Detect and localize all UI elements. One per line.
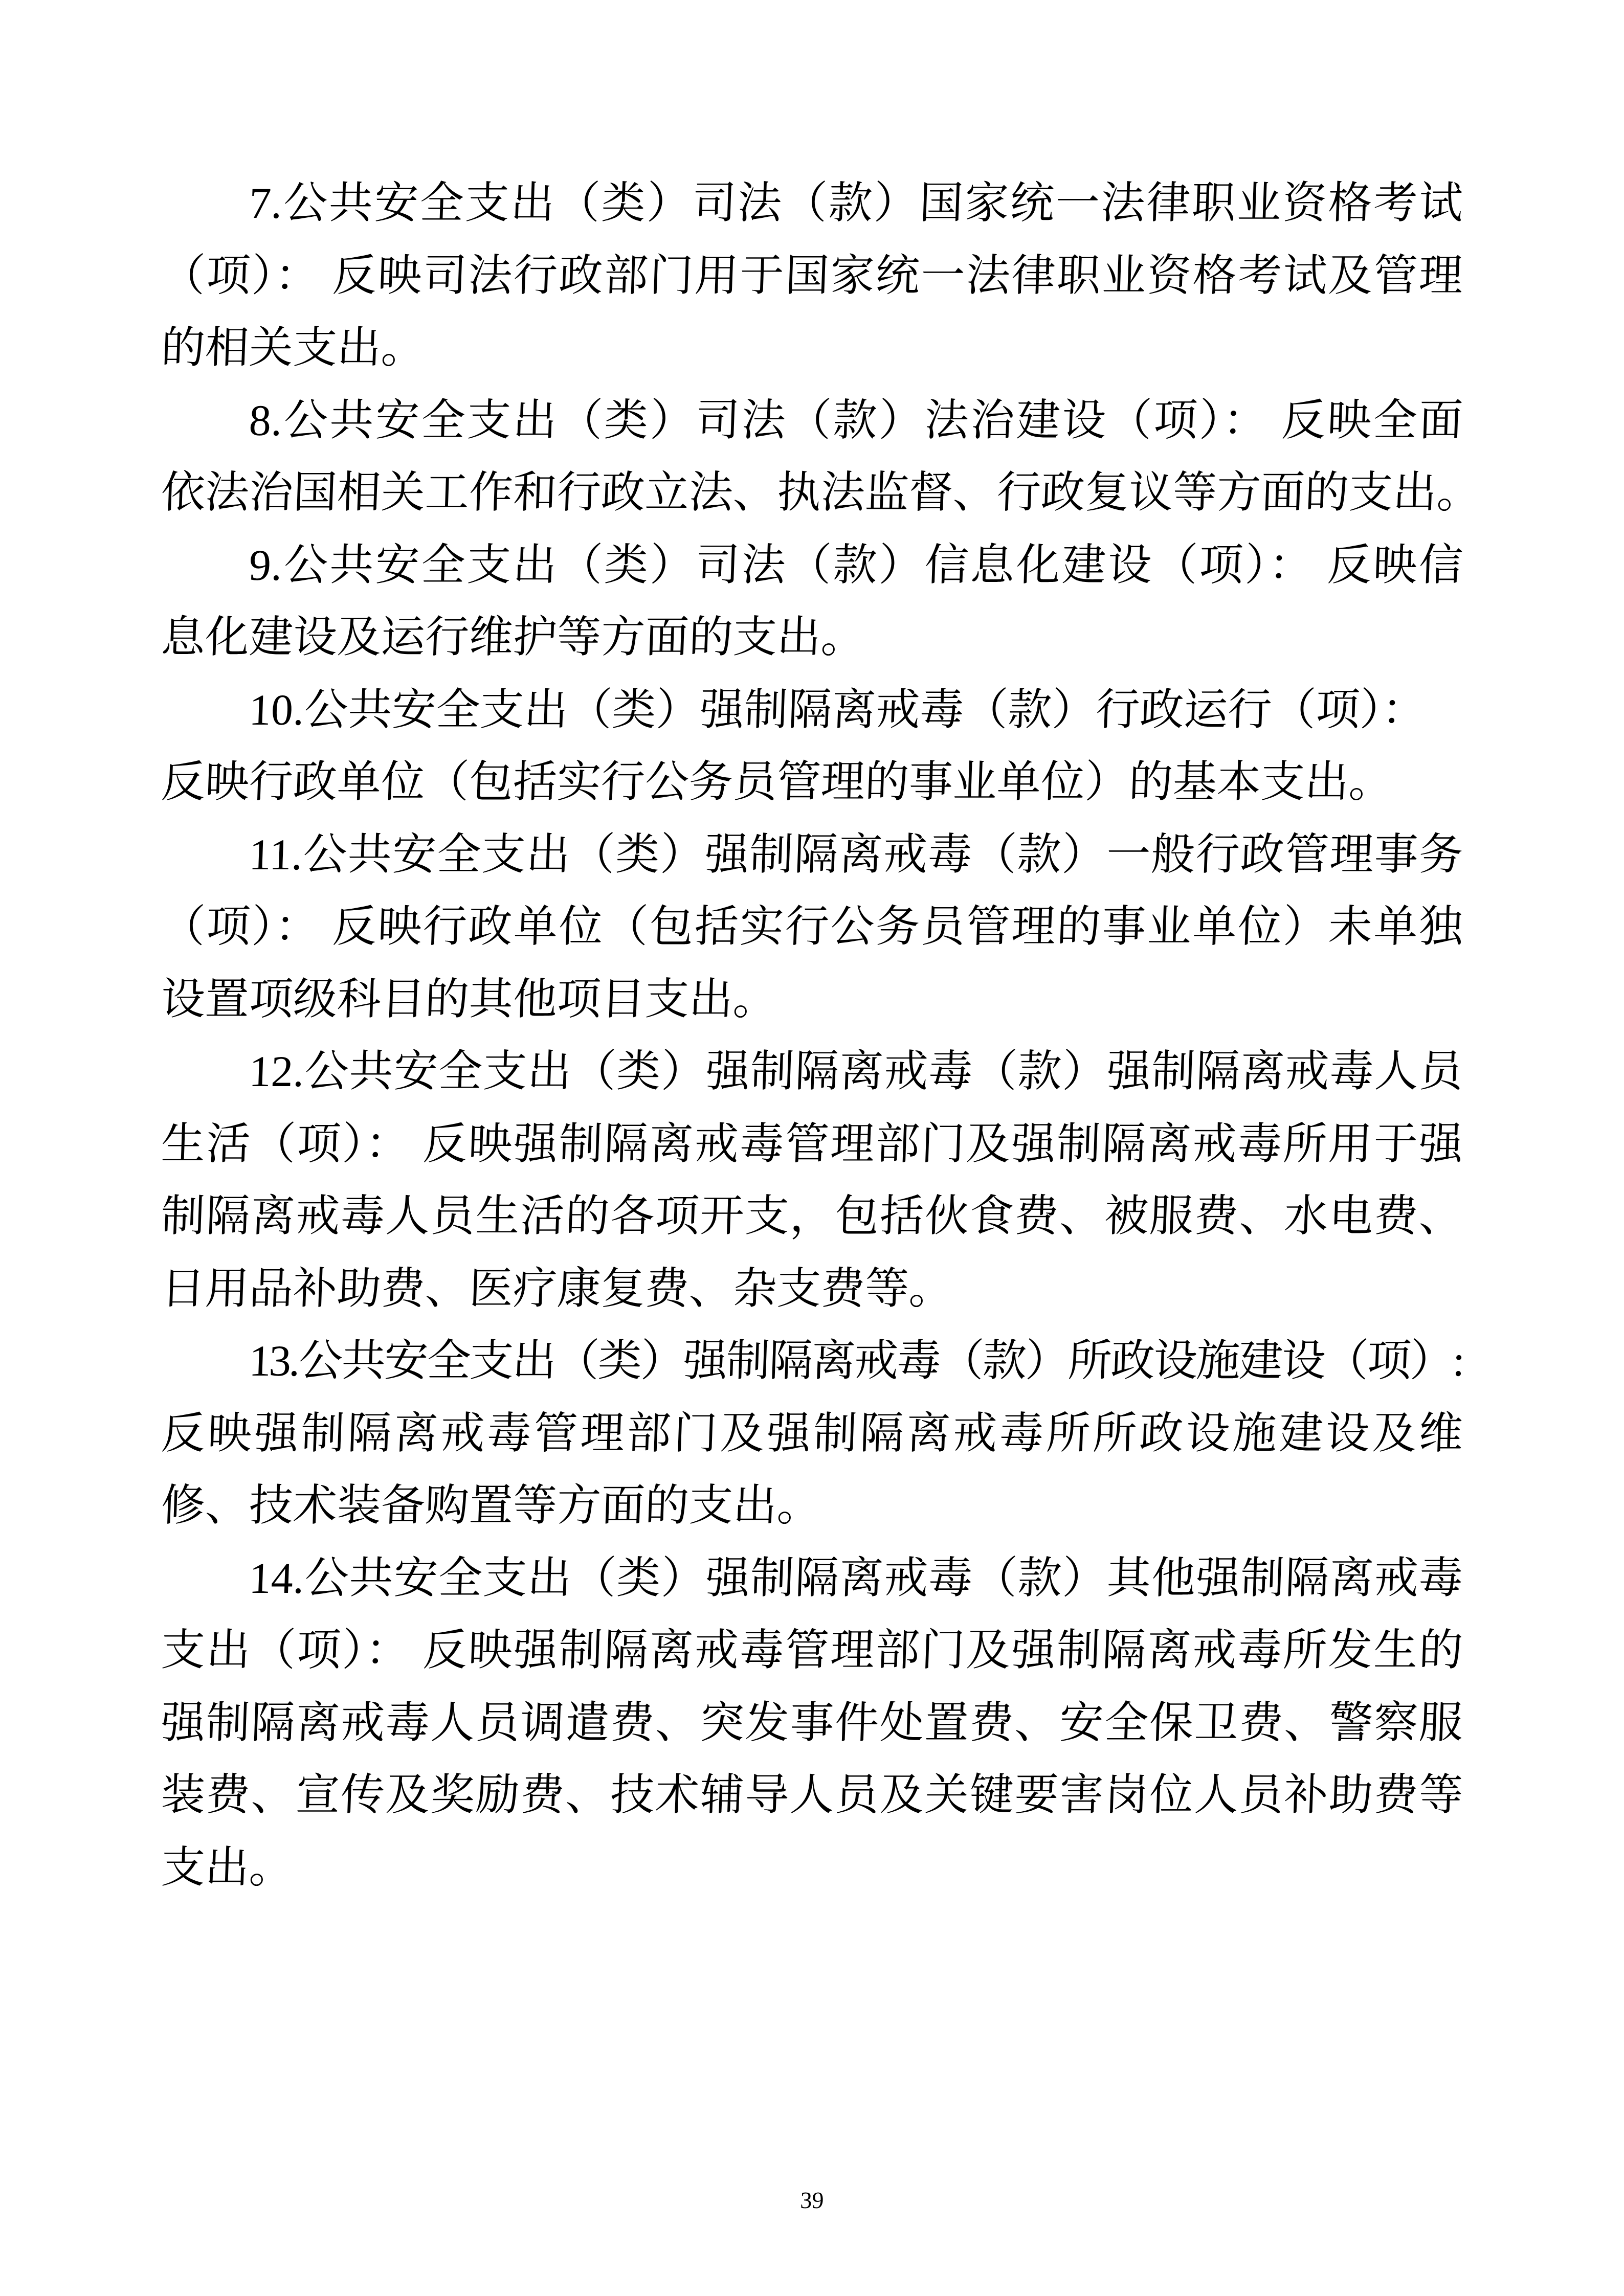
text-line: 支出（项）： 反映强制隔离戒毒管理部门及强制隔离戒毒所发生的 (160, 1614, 1464, 1687)
text-line: 息化建设及运行维护等方面的支出。 (160, 601, 1464, 674)
paragraph-13: 13.公共安全支出（类）强制隔离戒毒（款）所政设施建设（项）: 反映强制隔离戒毒… (161, 1325, 1463, 1542)
paragraph-14: 14.公共安全支出（类）强制隔离戒毒（款）其他强制隔离戒毒 支出（项）： 反映强… (161, 1542, 1463, 1904)
text-line: 反映行政单位（包括实行公务员管理的事业单位）的基本支出。 (160, 746, 1464, 819)
paragraph-10: 10.公共安全支出（类）强制隔离戒毒（款）行政运行（项）： 反映行政单位（包括实… (161, 674, 1463, 819)
text-line: （项）： 反映行政单位（包括实行公务员管理的事业单位）未单独 (160, 891, 1464, 963)
text-line: 生活（项）： 反映强制隔离戒毒管理部门及强制隔离戒毒所用于强 (160, 1108, 1464, 1181)
paragraph-9: 9.公共安全支出（类）司法（款）信息化建设（项）： 反映信 息化建设及运行维护等… (161, 529, 1463, 674)
page-number: 39 (0, 2175, 1624, 2226)
paragraph-11: 11.公共安全支出（类）强制隔离戒毒（款）一般行政管理事务 （项）： 反映行政单… (161, 819, 1463, 1036)
text-line: （项）： 反映司法行政部门用于国家统一法律职业资格考试及管理 (160, 240, 1464, 312)
text-line: 反映强制隔离戒毒管理部门及强制隔离戒毒所所政设施建设及维 (160, 1398, 1464, 1470)
text-line: 支出。 (160, 1832, 1464, 1904)
text-line: 装费、宣传及奖励费、技术辅导人员及关键要害岗位人员补助费等 (160, 1759, 1464, 1832)
text-line: 9.公共安全支出（类）司法（款）信息化建设（项）： 反映信 (160, 529, 1464, 602)
text-line: 修、技术装备购置等方面的支出。 (160, 1470, 1464, 1542)
text-line: 依法治国相关工作和行政立法、执法监督、行政复议等方面的支出。 (160, 457, 1464, 529)
text-line: 日用品补助费、医疗康复费、杂支费等。 (160, 1253, 1464, 1325)
text-line: 11.公共安全支出（类）强制隔离戒毒（款）一般行政管理事务 (160, 819, 1464, 891)
text-line: 7.公共安全支出（类）司法（款）国家统一法律职业资格考试 (160, 167, 1464, 240)
text-line: 8.公共安全支出（类）司法（款）法治建设（项）： 反映全面 (160, 385, 1464, 457)
text-line: 12.公共安全支出（类）强制隔离戒毒（款）强制隔离戒毒人员 (160, 1036, 1464, 1108)
paragraph-12: 12.公共安全支出（类）强制隔离戒毒（款）强制隔离戒毒人员 生活（项）： 反映强… (161, 1036, 1463, 1325)
text-line: 14.公共安全支出（类）强制隔离戒毒（款）其他强制隔离戒毒 (160, 1542, 1464, 1615)
text-line: 强制隔离戒毒人员调遣费、突发事件处置费、安全保卫费、警察服 (160, 1687, 1464, 1760)
paragraph-8: 8.公共安全支出（类）司法（款）法治建设（项）： 反映全面 依法治国相关工作和行… (161, 385, 1463, 529)
paragraph-7: 7.公共安全支出（类）司法（款）国家统一法律职业资格考试 （项）： 反映司法行政… (161, 167, 1463, 385)
text-line: 制隔离戒毒人员生活的各项开支，包括伙食费、被服费、水电费、 (160, 1180, 1464, 1253)
text-line: 13.公共安全支出（类）强制隔离戒毒（款）所政设施建设（项）: (160, 1325, 1464, 1398)
text-line: 10.公共安全支出（类）强制隔离戒毒（款）行政运行（项）： (160, 674, 1464, 747)
document-page: 7.公共安全支出（类）司法（款）国家统一法律职业资格考试 （项）： 反映司法行政… (0, 0, 1624, 2296)
text-block: 7.公共安全支出（类）司法（款）国家统一法律职业资格考试 （项）： 反映司法行政… (161, 167, 1463, 1904)
text-line: 设置项级科目的其他项目支出。 (160, 963, 1464, 1036)
text-line: 的相关支出。 (160, 312, 1464, 385)
